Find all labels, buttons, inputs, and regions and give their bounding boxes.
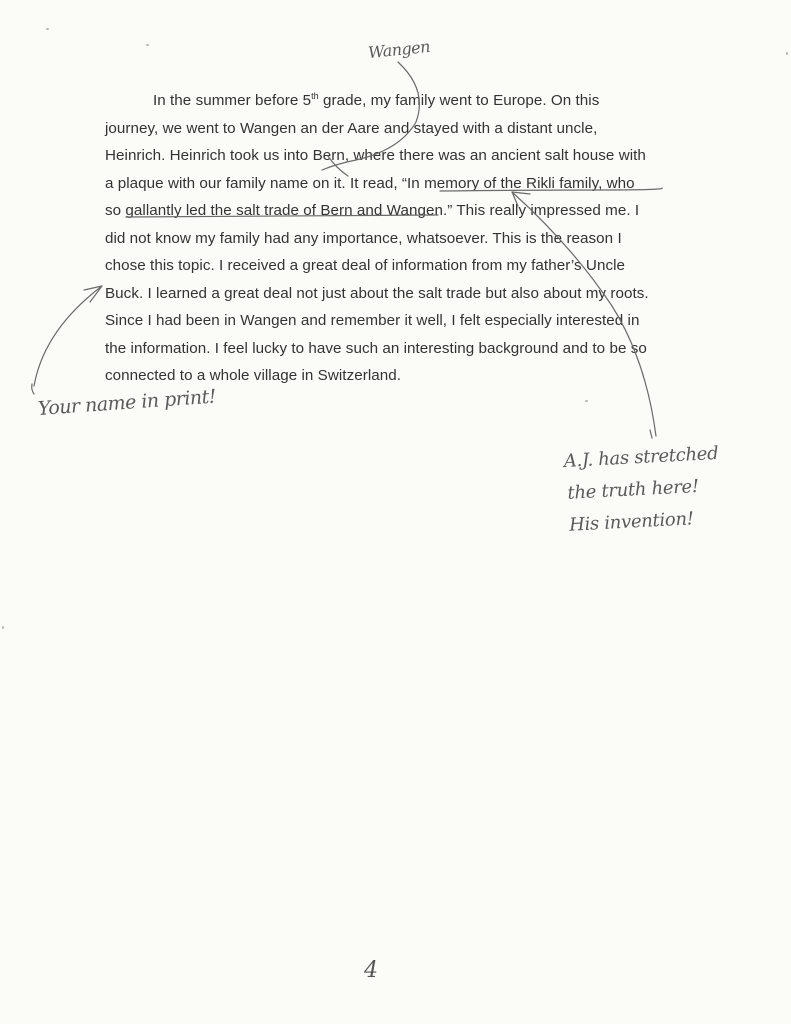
scan-speck (46, 28, 49, 30)
scan-speck (146, 44, 149, 46)
line-1-text-end: grade, my family went to Europe. On this (319, 92, 600, 109)
handwritten-note-right: A.J. has stretched the truth here! His i… (563, 438, 722, 542)
essay-line-10: the information. I feel lucky to have su… (105, 335, 665, 363)
scanned-page: In the summer before 5th grade, my famil… (0, 0, 791, 1024)
essay-line-4: a plaque with our family name on it. It … (105, 170, 665, 198)
essay-line-8: Buck. I learned a great deal not just ab… (105, 280, 665, 308)
essay-paragraph: In the summer before 5th grade, my famil… (105, 87, 665, 390)
essay-line-6: did not know my family had any importanc… (105, 225, 665, 253)
arrow-to-buck (34, 286, 102, 386)
essay-line-5: so gallantly led the salt trade of Bern … (105, 197, 665, 225)
essay-line-9: Since I had been in Wangen and remember … (105, 307, 665, 335)
essay-line-7: chose this topic. I received a great dea… (105, 252, 665, 280)
page-number: 4 (364, 958, 378, 983)
arrow-head-buck (84, 286, 102, 302)
handwritten-correction-wangen: Wangen (367, 37, 431, 62)
line-1-text: In the summer before 5 (153, 92, 311, 109)
essay-line-1: In the summer before 5th grade, my famil… (105, 87, 665, 115)
scan-speck (2, 626, 4, 629)
note-tick (650, 430, 652, 438)
essay-line-11: connected to a whole village in Switzerl… (105, 362, 665, 390)
essay-line-3: Heinrich. Heinrich took us into Bern, wh… (105, 142, 665, 170)
scan-speck (585, 400, 588, 402)
ordinal-superscript: th (311, 91, 319, 101)
scan-speck (786, 52, 788, 55)
margin-tick (32, 384, 34, 394)
essay-line-2: journey, we went to Wangen an der Aare a… (105, 115, 665, 143)
handwritten-note-left: Your name in print! (37, 386, 216, 420)
note-right-line-3: His invention! (568, 502, 722, 542)
